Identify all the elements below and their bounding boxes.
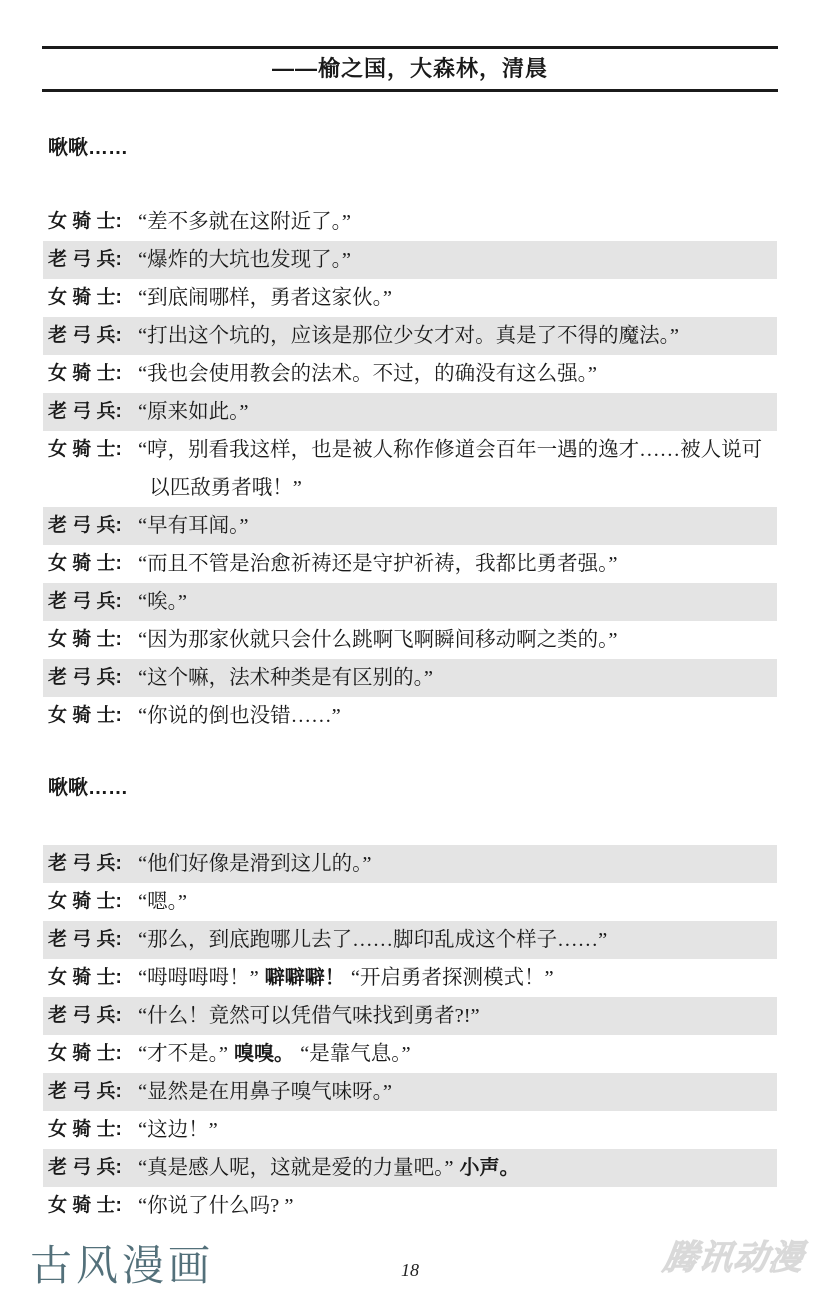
dialogue-text: “因为那家伙就只会什么跳啊飞啊瞬间移动啊之类的。” <box>138 621 777 659</box>
dialogue-text: “那么，到底跑哪儿去了……脚印乱成这个样子……” <box>138 921 777 959</box>
dialogue-segment: “这边！” <box>138 1119 218 1141</box>
dialogue-row: 女 骑 士:“才不是。”嗅嗅。“是靠气息。” <box>43 1035 777 1073</box>
dialogue-segment: “这个嘛，法术种类是有区别的。” <box>138 667 433 689</box>
dialogue-text: “什么！竟然可以凭借气味找到勇者?!” <box>138 997 777 1035</box>
dialogue-segment: “早有耳闻。” <box>138 515 248 537</box>
speaker-label: 女 骑 士: <box>48 697 138 735</box>
dialogue-text: “真是感人呢，这就是爱的力量吧。”小声。 <box>138 1149 777 1187</box>
speaker-label: 老 弓 兵: <box>48 317 138 355</box>
speaker-label: 女 骑 士: <box>48 883 138 921</box>
dialogue-text: “爆炸的大坑也发现了。” <box>138 241 777 279</box>
dialogue-segment: “哼，别看我这样，也是被人称作修道会百年一遇的逸才……被人说可以匹敌勇者哦！” <box>138 439 762 499</box>
dialogue-row: 女 骑 士:“而且不管是治愈祈祷还是守护祈祷，我都比勇者强。” <box>43 545 777 583</box>
dialogue-row: 老 弓 兵:“原来如此。” <box>43 393 777 431</box>
dialogue-text: “哼，别看我这样，也是被人称作修道会百年一遇的逸才……被人说可以匹敌勇者哦！” <box>138 431 777 507</box>
dialogue-row: 老 弓 兵:“这个嘛，法术种类是有区别的。” <box>43 659 777 697</box>
sfx-emphasis: 噼噼噼！ <box>265 967 345 989</box>
dialogue-section-2: 老 弓 兵:“他们好像是滑到这儿的。”女 骑 士:“嗯。”老 弓 兵:“那么，到… <box>43 845 777 1225</box>
dialogue-segment: “显然是在用鼻子嗅气味呀。” <box>138 1081 392 1103</box>
speaker-label: 老 弓 兵: <box>48 1149 138 1187</box>
dialogue-row: 老 弓 兵:“什么！竟然可以凭借气味找到勇者?!” <box>43 997 777 1035</box>
speaker-label: 女 骑 士: <box>48 621 138 659</box>
speaker-label: 老 弓 兵: <box>48 1073 138 1111</box>
speaker-label: 女 骑 士: <box>48 1187 138 1225</box>
dialogue-segment: “是靠气息。” <box>300 1043 410 1065</box>
dialogue-text: “才不是。”嗅嗅。“是靠气息。” <box>138 1035 777 1073</box>
dialogue-row: 女 骑 士:“差不多就在这附近了。” <box>43 203 777 241</box>
dialogue-row: 女 骑 士:“哼，别看我这样，也是被人称作修道会百年一遇的逸才……被人说可以匹敌… <box>43 431 777 507</box>
dialogue-row: 女 骑 士:“这边！” <box>43 1111 777 1149</box>
dialogue-row: 老 弓 兵:“唉。” <box>43 583 777 621</box>
scene-header: ——榆之国，大森林，清晨 <box>42 46 778 92</box>
dialogue-text: “这个嘛，法术种类是有区别的。” <box>138 659 777 697</box>
dialogue-row: 女 骑 士:“你说的倒也没错……” <box>43 697 777 735</box>
speaker-label: 老 弓 兵: <box>48 659 138 697</box>
dialogue-text: “显然是在用鼻子嗅气味呀。” <box>138 1073 777 1111</box>
speaker-label: 女 骑 士: <box>48 203 138 241</box>
dialogue-row: 女 骑 士:“你说了什么吗? ” <box>43 1187 777 1225</box>
dialogue-segment: “他们好像是滑到这儿的。” <box>138 853 371 875</box>
dialogue-text: “你说的倒也没错……” <box>138 697 777 735</box>
dialogue-text: “到底闹哪样，勇者这家伙。” <box>138 279 777 317</box>
sound-effect-chirp-first: 啾啾…… <box>48 136 820 160</box>
speaker-label: 老 弓 兵: <box>48 241 138 279</box>
dialogue-text: “打出这个坑的，应该是那位少女才对。真是了不得的魔法。” <box>138 317 777 355</box>
speaker-label: 老 弓 兵: <box>48 393 138 431</box>
dialogue-row: 老 弓 兵:“爆炸的大坑也发现了。” <box>43 241 777 279</box>
speaker-label: 女 骑 士: <box>48 545 138 583</box>
dialogue-text: “你说了什么吗? ” <box>138 1187 777 1225</box>
dialogue-row: 老 弓 兵:“打出这个坑的，应该是那位少女才对。真是了不得的魔法。” <box>43 317 777 355</box>
dialogue-segment: “差不多就在这附近了。” <box>138 211 351 233</box>
sfx-emphasis: 小声。 <box>459 1157 519 1179</box>
dialogue-segment: “而且不管是治愈祈祷还是守护祈祷，我都比勇者强。” <box>138 553 617 575</box>
dialogue-section-1: 女 骑 士:“差不多就在这附近了。”老 弓 兵:“爆炸的大坑也发现了。”女 骑 … <box>43 203 777 735</box>
dialogue-text: “而且不管是治愈祈祷还是守护祈祷，我都比勇者强。” <box>138 545 777 583</box>
dialogue-row: 女 骑 士:“呣呣呣呣！”噼噼噼！“开启勇者探测模式！” <box>43 959 777 997</box>
script-page: ——榆之国，大森林，清晨 啾啾…… 女 骑 士:“差不多就在这附近了。”老 弓 … <box>0 46 820 1225</box>
speaker-label: 老 弓 兵: <box>48 997 138 1035</box>
dialogue-segment: “你说的倒也没错……” <box>138 705 341 727</box>
dialogue-segment: “爆炸的大坑也发现了。” <box>138 249 351 271</box>
dialogue-row: 老 弓 兵:“他们好像是滑到这儿的。” <box>43 845 777 883</box>
speaker-label: 女 骑 士: <box>48 1111 138 1149</box>
dialogue-segment: “什么！竟然可以凭借气味找到勇者?!” <box>138 1005 480 1027</box>
dialogue-segment: “唉。” <box>138 591 187 613</box>
dialogue-row: 女 骑 士:“嗯。” <box>43 883 777 921</box>
tencent-comics-watermark: 腾讯动漫 <box>661 1230 808 1279</box>
dialogue-text: “早有耳闻。” <box>138 507 777 545</box>
dialogue-text: “唉。” <box>138 583 777 621</box>
dialogue-segment: “呣呣呣呣！” <box>138 967 259 989</box>
dialogue-segment: “到底闹哪样，勇者这家伙。” <box>138 287 392 309</box>
dialogue-row: 女 骑 士:“到底闹哪样，勇者这家伙。” <box>43 279 777 317</box>
dialogue-row: 老 弓 兵:“早有耳闻。” <box>43 507 777 545</box>
dialogue-row: 女 骑 士:“因为那家伙就只会什么跳啊飞啊瞬间移动啊之类的。” <box>43 621 777 659</box>
speaker-label: 老 弓 兵: <box>48 921 138 959</box>
speaker-label: 女 骑 士: <box>48 959 138 997</box>
dialogue-segment: “因为那家伙就只会什么跳啊飞啊瞬间移动啊之类的。” <box>138 629 617 651</box>
scene-title: ——榆之国，大森林，清晨 <box>42 57 778 80</box>
dialogue-segment: “打出这个坑的，应该是那位少女才对。真是了不得的魔法。” <box>138 325 679 347</box>
dialogue-text: “原来如此。” <box>138 393 777 431</box>
speaker-label: 女 骑 士: <box>48 355 138 393</box>
dialogue-segment: “才不是。” <box>138 1043 228 1065</box>
sound-effect-chirp-second: 啾啾…… <box>48 776 820 800</box>
dialogue-row: 老 弓 兵:“显然是在用鼻子嗅气味呀。” <box>43 1073 777 1111</box>
speaker-label: 女 骑 士: <box>48 431 138 469</box>
speaker-label: 老 弓 兵: <box>48 507 138 545</box>
dialogue-segment: “嗯。” <box>138 891 187 913</box>
dialogue-segment: “真是感人呢，这就是爱的力量吧。” <box>138 1157 453 1179</box>
speaker-label: 女 骑 士: <box>48 1035 138 1073</box>
page-footer: 古风漫画 18 腾讯动漫 <box>0 1225 820 1291</box>
dialogue-text: “他们好像是滑到这儿的。” <box>138 845 777 883</box>
dialogue-row: 老 弓 兵:“那么，到底跑哪儿去了……脚印乱成这个样子……” <box>43 921 777 959</box>
dialogue-row: 女 骑 士:“我也会使用教会的法术。不过，的确没有这么强。” <box>43 355 777 393</box>
dialogue-segment: “你说了什么吗? ” <box>138 1195 293 1217</box>
dialogue-text: “嗯。” <box>138 883 777 921</box>
speaker-label: 老 弓 兵: <box>48 845 138 883</box>
dialogue-segment: “开启勇者探测模式！” <box>351 967 554 989</box>
dialogue-text: “这边！” <box>138 1111 777 1149</box>
dialogue-segment: “原来如此。” <box>138 401 248 423</box>
dialogue-text: “我也会使用教会的法术。不过，的确没有这么强。” <box>138 355 777 393</box>
speaker-label: 女 骑 士: <box>48 279 138 317</box>
sfx-emphasis: 嗅嗅。 <box>234 1043 294 1065</box>
dialogue-text: “呣呣呣呣！”噼噼噼！“开启勇者探测模式！” <box>138 959 777 997</box>
speaker-label: 老 弓 兵: <box>48 583 138 621</box>
dialogue-text: “差不多就在这附近了。” <box>138 203 777 241</box>
dialogue-segment: “那么，到底跑哪儿去了……脚印乱成这个样子……” <box>138 929 607 951</box>
dialogue-row: 老 弓 兵:“真是感人呢，这就是爱的力量吧。”小声。 <box>43 1149 777 1187</box>
dialogue-segment: “我也会使用教会的法术。不过，的确没有这么强。” <box>138 363 597 385</box>
